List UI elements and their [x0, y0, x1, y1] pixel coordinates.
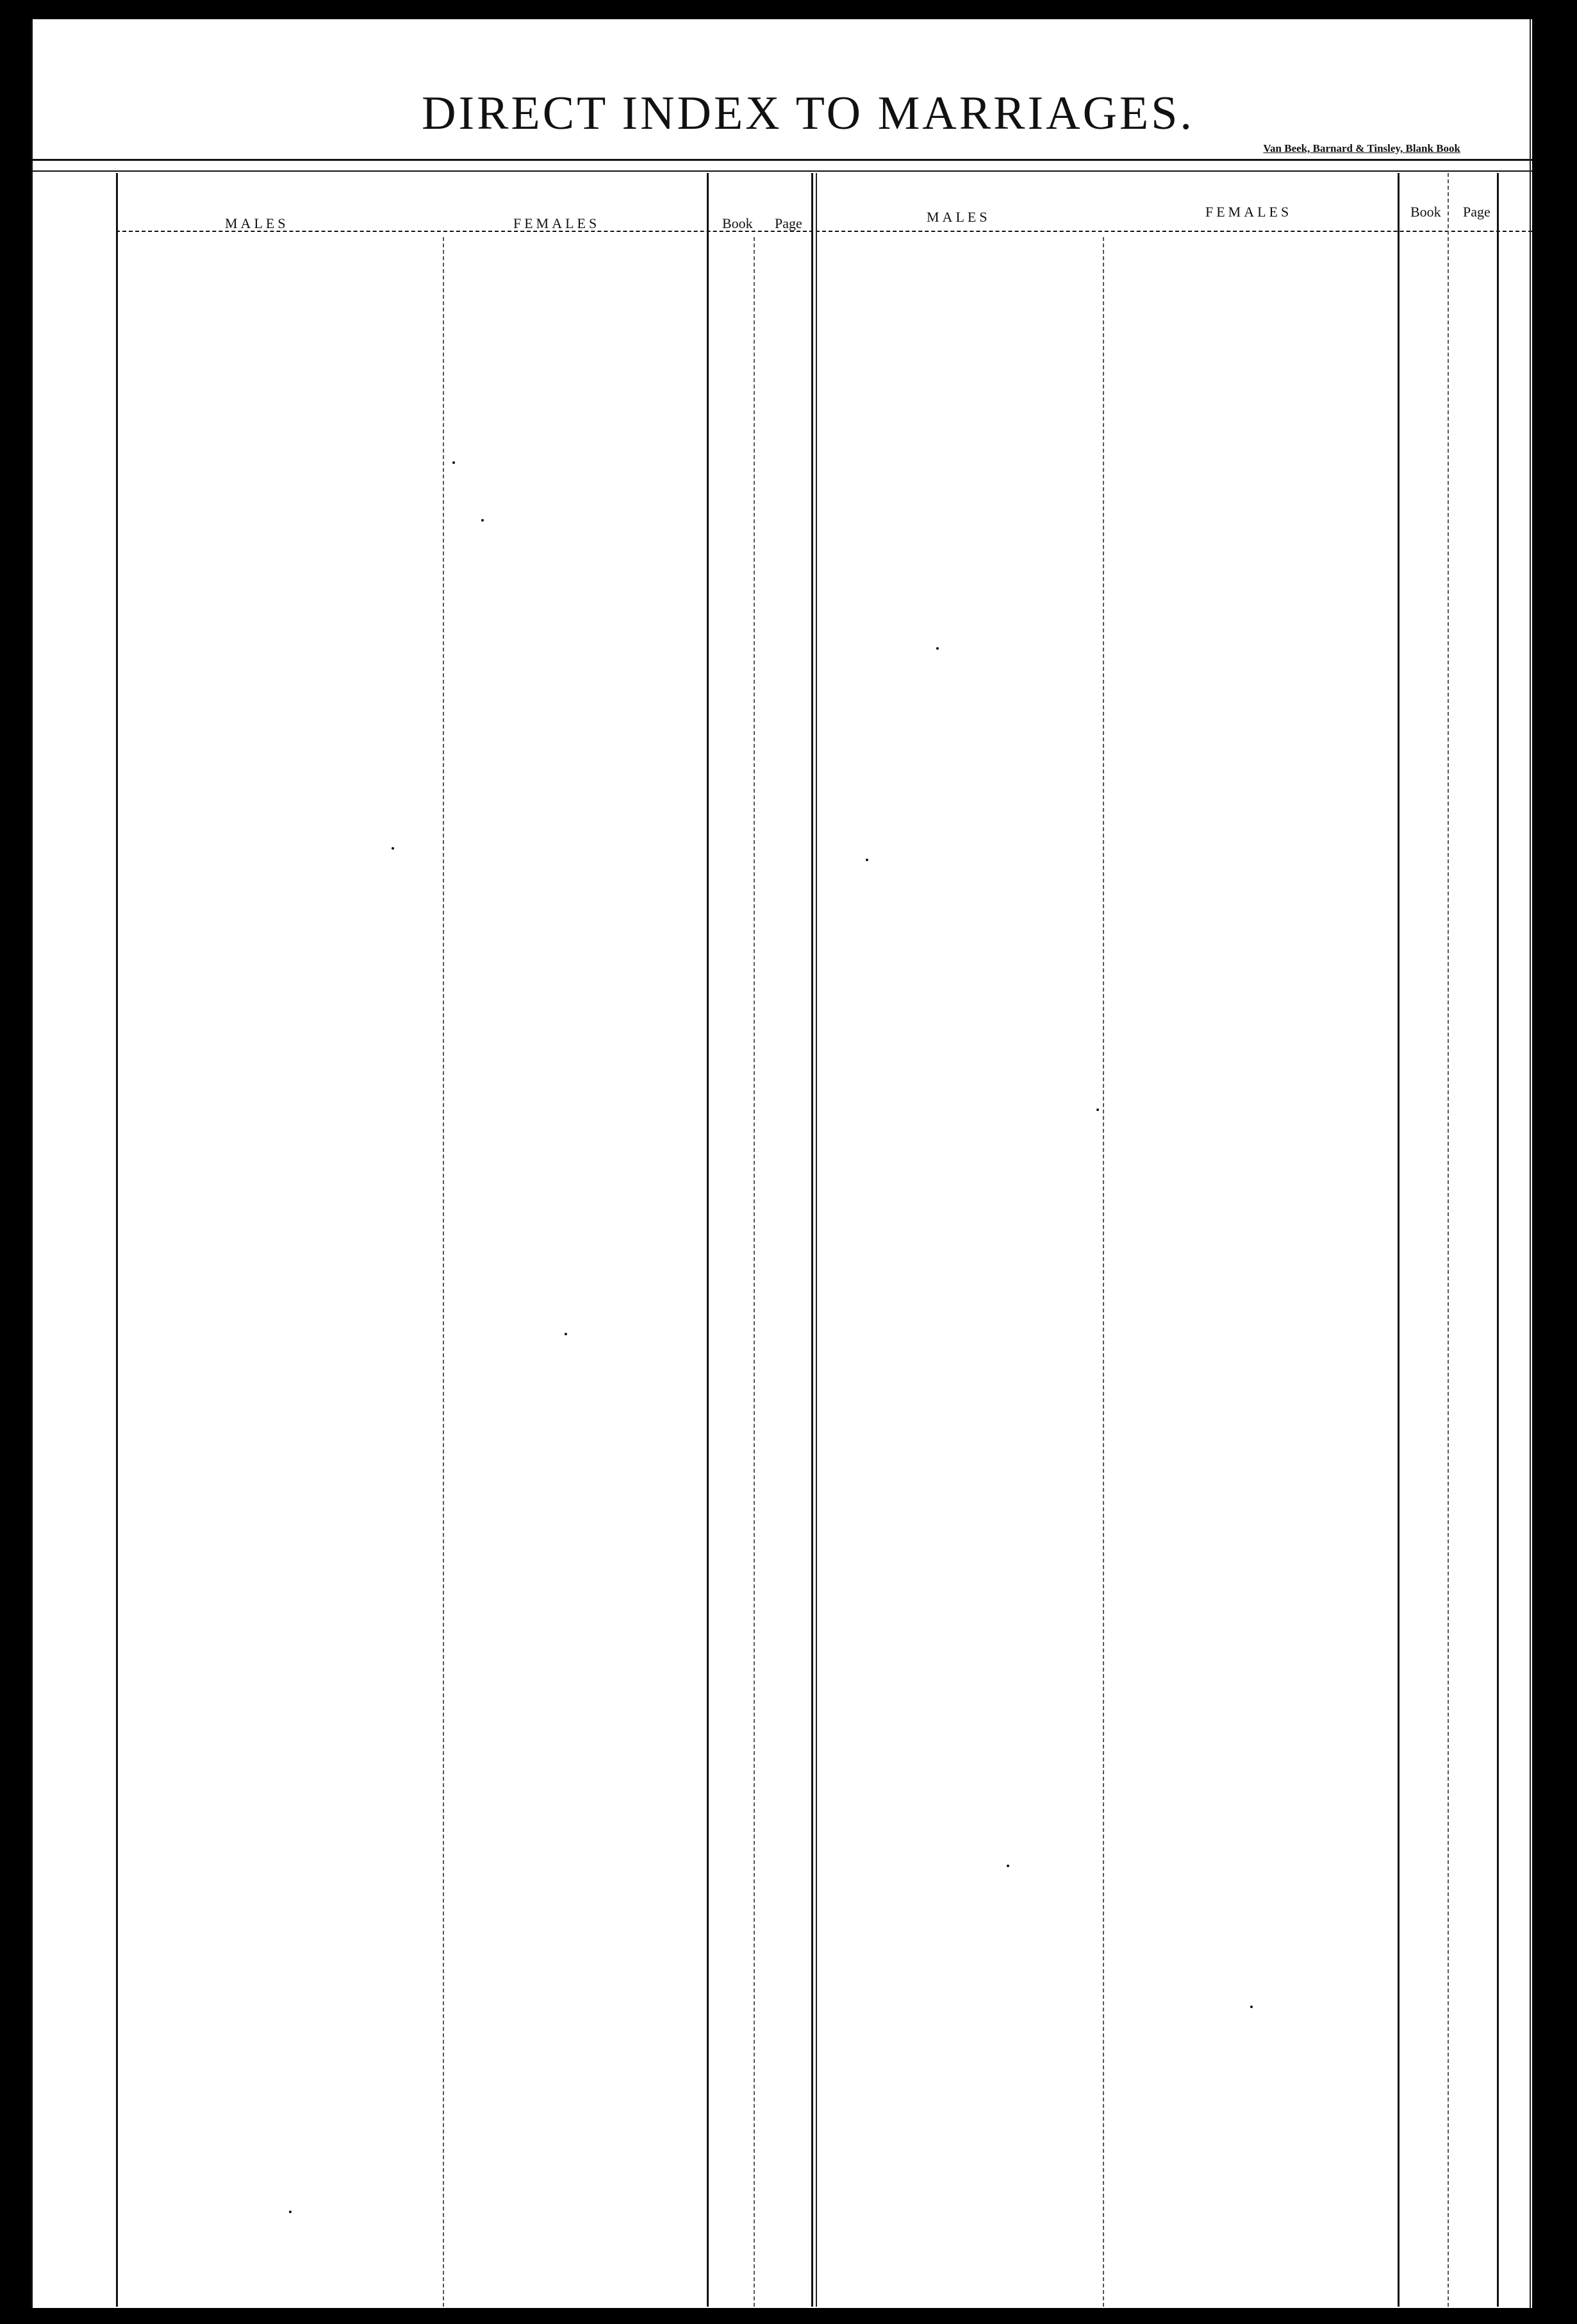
left-margin-line: [116, 173, 118, 2307]
header-left-book: Book: [722, 215, 753, 232]
scan-speck: [1007, 1865, 1009, 1867]
header-left-males: MALES: [225, 215, 289, 232]
page-title: DIRECT INDEX TO MARRIAGES.: [33, 87, 1532, 141]
right-males-females-divider: [1103, 237, 1104, 2307]
left-book-page-divider: [754, 237, 755, 2307]
scan-speck: [392, 847, 394, 850]
scan-speck: [452, 461, 455, 464]
header-right-page: Page: [1463, 204, 1490, 220]
header-right-females: FEMALES: [1205, 204, 1292, 220]
header-left-page: Page: [775, 215, 802, 232]
publisher-imprint: Van Beek, Barnard & Tinsley, Blank Book: [1263, 142, 1460, 155]
center-divider-b: [816, 173, 817, 2307]
left-book-divider: [707, 173, 709, 2307]
right-book-divider: [1398, 173, 1399, 2307]
right-page-edge: [1530, 19, 1531, 2308]
header-left-females: FEMALES: [513, 215, 600, 232]
scan-speck: [481, 519, 484, 522]
header-right-males: MALES: [927, 209, 991, 226]
header-rule-bottom: [33, 170, 1532, 172]
left-males-females-divider: [443, 237, 444, 2307]
center-divider-a: [811, 173, 813, 2307]
scan-speck: [936, 647, 939, 650]
scan-speck: [289, 2211, 292, 2213]
header-right-book: Book: [1410, 204, 1441, 220]
column-header-rule: [116, 231, 1532, 232]
scan-speck: [1250, 2006, 1253, 2008]
scan-speck: [1096, 1108, 1099, 1111]
header-rule-top: [33, 159, 1532, 161]
scan-speck: [565, 1333, 567, 1335]
scan-speck: [866, 859, 868, 861]
right-page-divider: [1497, 173, 1499, 2307]
right-book-page-divider: [1448, 173, 1449, 2307]
ledger-page: DIRECT INDEX TO MARRIAGES. Van Beek, Bar…: [31, 19, 1532, 2308]
